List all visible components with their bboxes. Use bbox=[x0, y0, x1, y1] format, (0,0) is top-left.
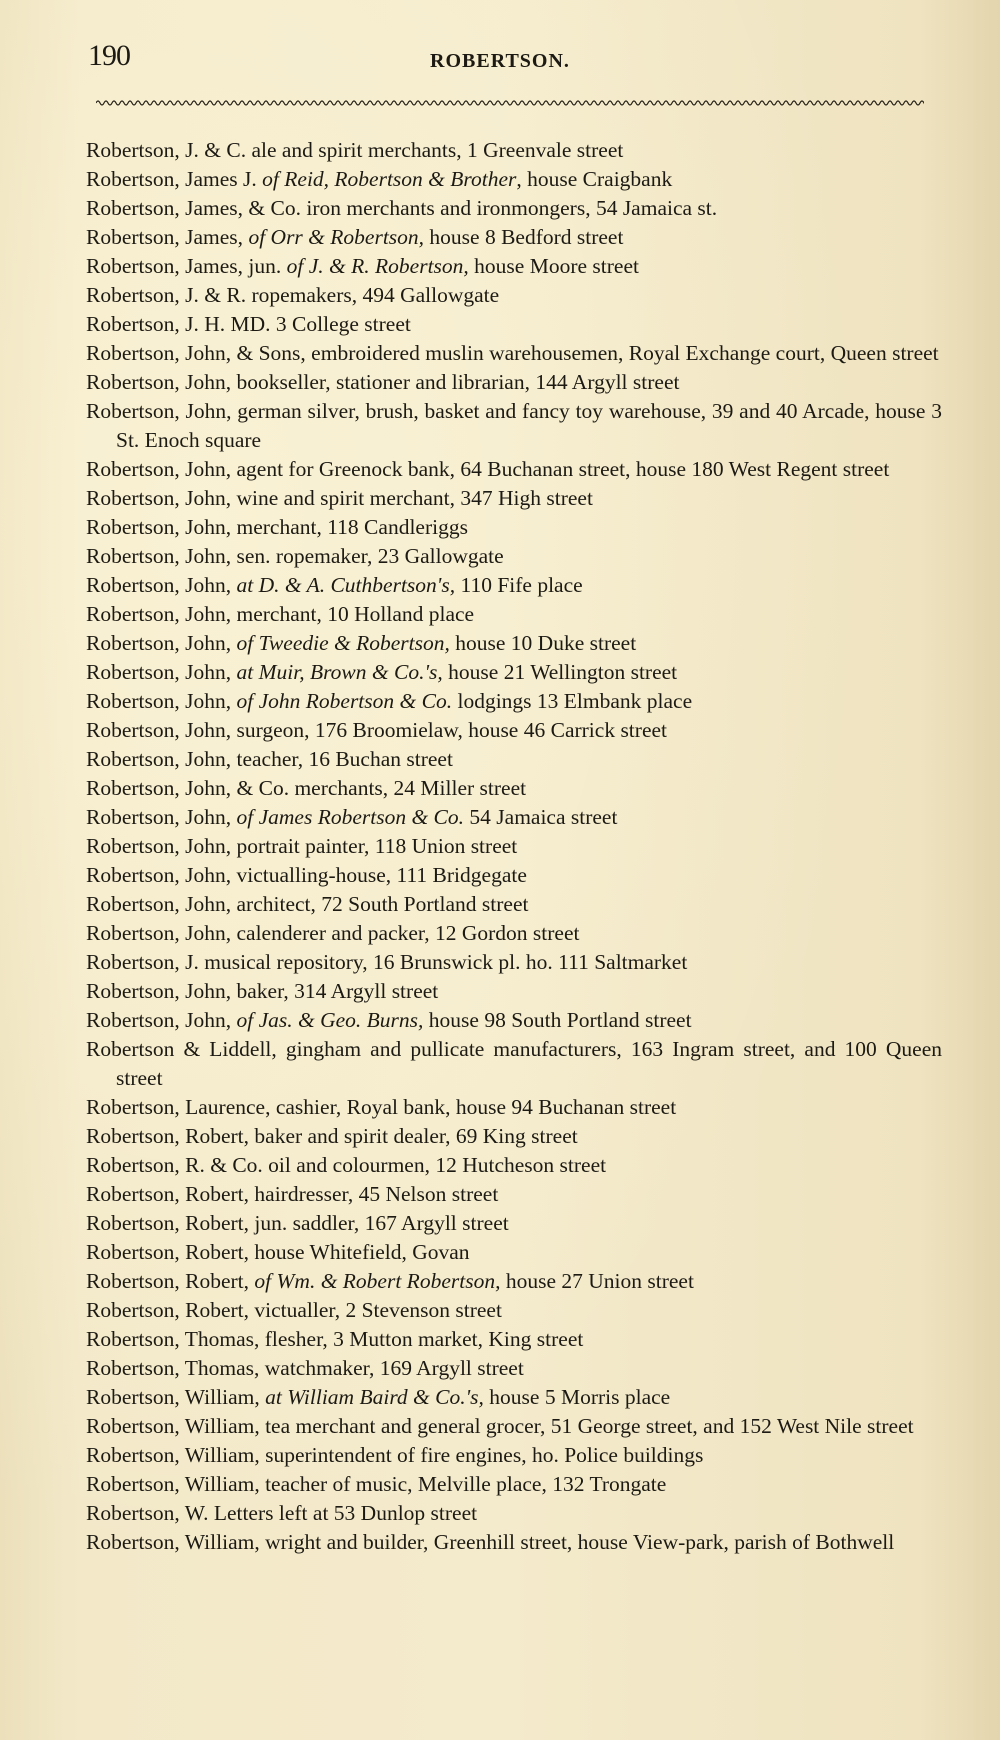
entry: Robertson, John, & Sons, embroidered mus… bbox=[86, 339, 942, 368]
entry: Robertson, John, merchant, 118 Candlerig… bbox=[86, 513, 942, 542]
entry: Robertson, John, & Co. merchants, 24 Mil… bbox=[86, 774, 942, 803]
entry: Robertson, John, of James Robertson & Co… bbox=[86, 803, 942, 832]
entry: Robertson, William, wright and builder, … bbox=[86, 1528, 942, 1557]
entry: Robertson & Liddell, gingham and pullica… bbox=[86, 1035, 942, 1093]
entry: Robertson, John, of John Robertson & Co.… bbox=[86, 687, 942, 716]
entry: Robertson, John, german silver, brush, b… bbox=[86, 397, 942, 455]
entry: Robertson, James, of Orr & Robertson, ho… bbox=[86, 223, 942, 252]
entry: Robertson, John, merchant, 10 Holland pl… bbox=[86, 600, 942, 629]
entry: Robertson, J. & R. ropemakers, 494 Gallo… bbox=[86, 281, 942, 310]
entry: Robertson, John, at D. & A. Cuthbertson'… bbox=[86, 571, 942, 600]
entry: Robertson, Robert, victualler, 2 Stevens… bbox=[86, 1296, 942, 1325]
entry: Robertson, Laurence, cashier, Royal bank… bbox=[86, 1093, 942, 1122]
entry: Robertson, John, of Jas. & Geo. Burns, h… bbox=[86, 1006, 942, 1035]
entry: Robertson, J. musical repository, 16 Bru… bbox=[86, 948, 942, 977]
entry: Robertson, John, baker, 314 Argyll stree… bbox=[86, 977, 942, 1006]
entry: Robertson, William, teacher of music, Me… bbox=[86, 1470, 942, 1499]
wavy-rule-divider bbox=[96, 98, 924, 108]
entry: Robertson, John, victualling-house, 111 … bbox=[86, 861, 942, 890]
entry: Robertson, John, of Tweedie & Robertson,… bbox=[86, 629, 942, 658]
entry: Robertson, R. & Co. oil and colourmen, 1… bbox=[86, 1151, 942, 1180]
entry: Robertson, John, surgeon, 176 Broomielaw… bbox=[86, 716, 942, 745]
entry: Robertson, William, at William Baird & C… bbox=[86, 1383, 942, 1412]
entry: Robertson, John, architect, 72 South Por… bbox=[86, 890, 942, 919]
entry: Robertson, John, bookseller, stationer a… bbox=[86, 368, 942, 397]
entry: Robertson, William, tea merchant and gen… bbox=[86, 1412, 942, 1441]
entry: Robertson, Robert, house Whitefield, Gov… bbox=[86, 1238, 942, 1267]
entry: Robertson, Robert, hairdresser, 45 Nelso… bbox=[86, 1180, 942, 1209]
entry: Robertson, Thomas, flesher, 3 Mutton mar… bbox=[86, 1325, 942, 1354]
entry: Robertson, Robert, baker and spirit deal… bbox=[86, 1122, 942, 1151]
entry: Robertson, James, jun. of J. & R. Robert… bbox=[86, 252, 942, 281]
entry: Robertson, John, sen. ropemaker, 23 Gall… bbox=[86, 542, 942, 571]
entry: Robertson, J. H. MD. 3 College street bbox=[86, 310, 942, 339]
entry: Robertson, Thomas, watchmaker, 169 Argyl… bbox=[86, 1354, 942, 1383]
entry: Robertson, W. Letters left at 53 Dunlop … bbox=[86, 1499, 942, 1528]
entry: Robertson, John, portrait painter, 118 U… bbox=[86, 832, 942, 861]
entry: Robertson, John, agent for Greenock bank… bbox=[86, 455, 942, 484]
running-head: ROBERTSON. bbox=[0, 50, 1000, 73]
entry: Robertson, John, at Muir, Brown & Co.'s,… bbox=[86, 658, 942, 687]
entry: Robertson, John, calenderer and packer, … bbox=[86, 919, 942, 948]
entry: Robertson, Robert, of Wm. & Robert Rober… bbox=[86, 1267, 942, 1296]
entry: Robertson, James, & Co. iron merchants a… bbox=[86, 194, 942, 223]
entry: Robertson, J. & C. ale and spirit mercha… bbox=[86, 136, 942, 165]
entry: Robertson, John, teacher, 16 Buchan stre… bbox=[86, 745, 942, 774]
entry: Robertson, John, wine and spirit merchan… bbox=[86, 484, 942, 513]
entry: Robertson, Robert, jun. saddler, 167 Arg… bbox=[86, 1209, 942, 1238]
entry: Robertson, William, superintendent of fi… bbox=[86, 1441, 942, 1470]
entry: Robertson, James J. of Reid, Robertson &… bbox=[86, 165, 942, 194]
directory-entries: Robertson, J. & C. ale and spirit mercha… bbox=[86, 136, 942, 1557]
